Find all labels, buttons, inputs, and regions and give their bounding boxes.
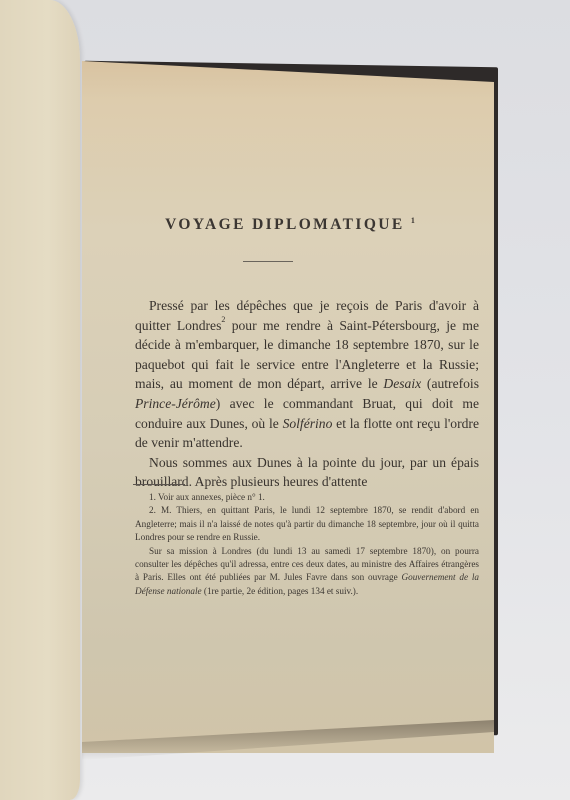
footnote-2: 2. M. Thiers, en quittant Paris, le lund… bbox=[135, 504, 479, 544]
chapter-title: VOYAGE DIPLOMATIQUE 1 bbox=[120, 216, 460, 234]
footnotes: 1. Voir aux annexes, pièce n° 1. 2. M. T… bbox=[135, 491, 479, 598]
ship-name-prince-jerome: Prince-Jérôme bbox=[135, 396, 216, 411]
ship-name-solferino: Solférino bbox=[283, 416, 333, 431]
ship-name-desaix: Desaix bbox=[383, 376, 421, 391]
footnote-1: 1. Voir aux annexes, pièce n° 1. bbox=[135, 491, 479, 504]
paragraph-1: Pressé par les dépêches que je reçois de… bbox=[135, 296, 479, 453]
footnote-separator bbox=[133, 484, 185, 485]
title-footnote-marker: 1 bbox=[411, 216, 415, 225]
p1-text-c: (autrefois bbox=[421, 376, 479, 391]
footnote-2-continued: Sur sa mission à Londres (du lundi 13 au… bbox=[135, 545, 479, 599]
chapter-title-text: VOYAGE DIPLOMATIQUE bbox=[165, 216, 405, 233]
facing-page-edge bbox=[0, 0, 80, 800]
footnote-2-cont-end: (1re partie, 2e édition, pages 134 et su… bbox=[202, 586, 359, 596]
title-divider bbox=[243, 261, 293, 262]
body-text: Pressé par les dépêches que je reçois de… bbox=[135, 296, 479, 492]
paragraph-2: Nous sommes aux Dunes à la pointe du jou… bbox=[135, 453, 479, 492]
